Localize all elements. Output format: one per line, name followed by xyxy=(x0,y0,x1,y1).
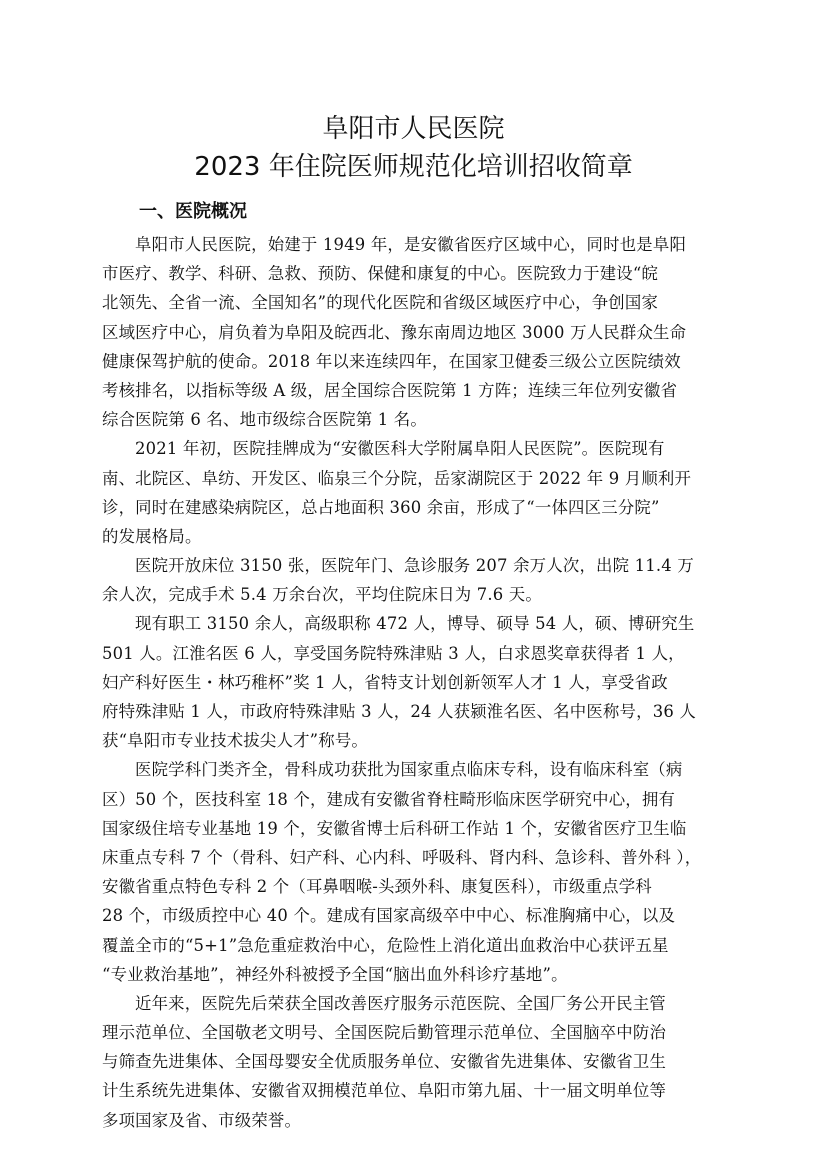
paragraph-line: 国家级住培专业基地 19 个，安徽省博士后科研工作站 1 个，安徽省医疗卫生临 xyxy=(102,814,752,843)
paragraph-line: 2021 年初，医院挂牌成为“安徽医科大学附属阜阳人民医院”。医院现有 xyxy=(102,434,752,463)
document-title-hospital: 阜阳市人民医院 xyxy=(0,112,827,146)
document-title-brochure: 2023 年住院医师规范化培训招收简章 xyxy=(0,150,827,184)
paragraph-line: 医院开放床位 3150 张，医院年门、急诊服务 207 余万人次，出院 11.4… xyxy=(102,551,752,580)
paragraph-line: 府特殊津贴 1 人，市政府特殊津贴 3 人，24 人获颍淮名医、名中医称号，36… xyxy=(102,697,752,726)
paragraph-line: 南、北院区、阜纺、开发区、临泉三个分院，岳家湖院区于 2022 年 9 月顺利开 xyxy=(102,464,752,493)
paragraph-line: 501 人。江淮名医 6 人，享受国务院特殊津贴 3 人，白求恩奖章获得者 1 … xyxy=(102,639,752,668)
paragraph-line: 床重点专科 7 个（骨科、妇产科、心内科、呼吸科、肾内科、急诊科、普外科 ）， xyxy=(102,843,752,872)
paragraph-line: 北领先、全省一流、全国知名”的现代化医院和省级区域医疗中心，争创国家 xyxy=(102,288,752,317)
paragraph-line: 计生系统先进集体、安徽省双拥模范单位、阜阳市第九届、十一届文明单位等 xyxy=(102,1076,752,1105)
paragraph-line: 理示范单位、全国敬老文明号、全国医院后勤管理示范单位、全国脑卒中防治 xyxy=(102,1018,752,1047)
paragraph-line: 区域医疗中心，肩负着为阜阳及皖西北、豫东南周边地区 3000 万人民群众生命 xyxy=(102,318,752,347)
document-body: 阜阳市人民医院，始建于 1949 年，是安徽省医疗区域中心，同时也是阜阳 市医疗… xyxy=(102,230,752,1135)
paragraph-line: 现有职工 3150 余人，高级职称 472 人，博导、硕导 54 人，硕、博研究… xyxy=(102,609,752,638)
paragraph-line: 近年来，医院先后荣获全国改善医疗服务示范医院、全国厂务公开民主管 xyxy=(102,989,752,1018)
section-heading: 一、医院概况 xyxy=(139,199,247,225)
paragraph-line: 与筛查先进集体、全国母婴安全优质服务单位、安徽省先进集体、安徽省卫生 xyxy=(102,1047,752,1076)
paragraph-line: 获“阜阳市专业技术拔尖人才”称号。 xyxy=(102,726,752,755)
paragraph-line: 市医疗、教学、科研、急救、预防、保健和康复的中心。医院致力于建设“皖 xyxy=(102,259,752,288)
paragraph-line: 安徽省重点特色专科 2 个（耳鼻咽喉-头颈外科、康复医科），市级重点学科 xyxy=(102,872,752,901)
paragraph-line: 健康保驾护航的使命。2018 年以来连续四年，在国家卫健委三级公立医院绩效 xyxy=(102,347,752,376)
paragraph-line: 28 个，市级质控中心 40 个。建成有国家高级卒中中心、标准胸痛中心，以及 xyxy=(102,901,752,930)
paragraph-line: 的发展格局。 xyxy=(102,522,752,551)
paragraph-line: 阜阳市人民医院，始建于 1949 年，是安徽省医疗区域中心，同时也是阜阳 xyxy=(102,230,752,259)
document-page: 阜阳市人民医院 2023 年住院医师规范化培训招收简章 一、医院概况 阜阳市人民… xyxy=(0,0,827,1169)
paragraph-line: 妇产科好医生・林巧稚杯”奖 1 人，省特支计划创新领军人才 1 人，享受省政 xyxy=(102,668,752,697)
paragraph-line: 余人次，完成手术 5.4 万余台次，平均住院床日为 7.6 天。 xyxy=(102,580,752,609)
paragraph-line: 医院学科门类齐全，骨科成功获批为国家重点临床专科，设有临床科室（病 xyxy=(102,755,752,784)
paragraph-line: 考核排名，以指标等级 A 级，居全国综合医院第 1 方阵；连续三年位列安徽省 xyxy=(102,376,752,405)
paragraph-line: “专业救治基地”，神经外科被授予全国“脑出血外科诊疗基地”。 xyxy=(102,960,752,989)
paragraph-line: 多项国家及省、市级荣誉。 xyxy=(102,1106,752,1135)
paragraph-line: 诊，同时在建感染病院区，总占地面积 360 余亩，形成了“一体四区三分院” xyxy=(102,493,752,522)
paragraph-line: 覆盖全市的“5+1”急危重症救治中心，危险性上消化道出血救治中心获评五星 xyxy=(102,931,752,960)
paragraph-line: 区）50 个，医技科室 18 个，建成有安徽省脊柱畸形临床医学研究中心，拥有 xyxy=(102,785,752,814)
paragraph-line: 综合医院第 6 名、地市级综合医院第 1 名。 xyxy=(102,405,752,434)
